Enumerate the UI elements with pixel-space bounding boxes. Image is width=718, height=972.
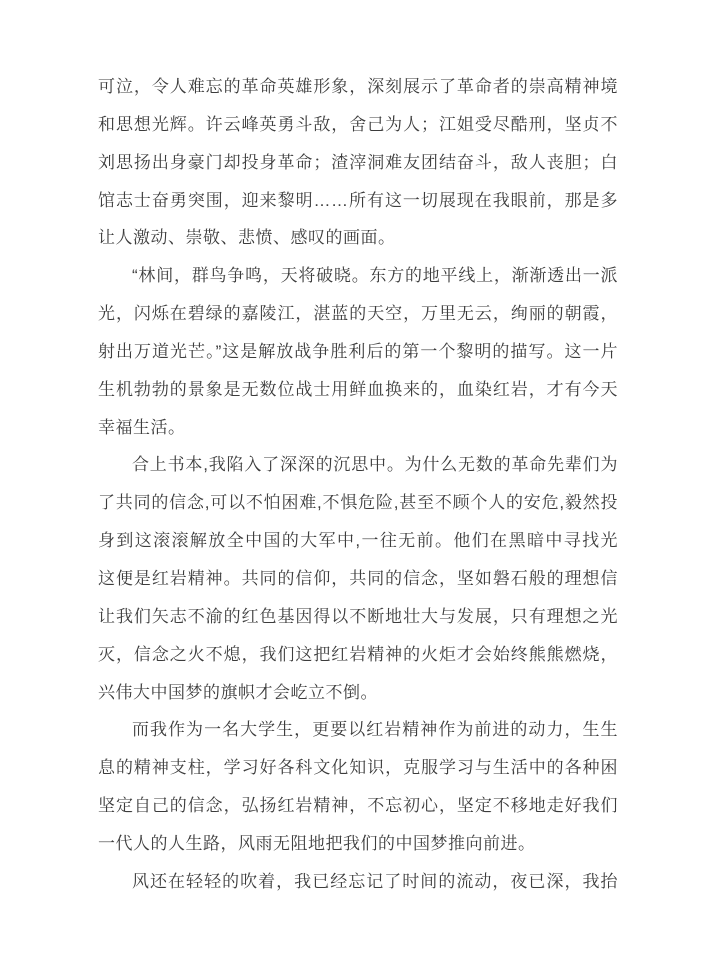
text-line: 生机勃勃的景象是无数位战士用鲜血换来的，血染红岩，才有今天的 bbox=[98, 371, 618, 409]
text-line: 合上书本,我陷入了深深的沉思中。为什么无数的革命先辈们为 bbox=[98, 446, 618, 484]
text-line: 让我们矢志不渝的红色基因得以不断地壮大与发展，只有理想之光不 bbox=[98, 598, 618, 636]
paragraph: 而我作为一名大学生，更要以红岩精神作为前进的动力，生生不息的精神支柱，学习好各科… bbox=[98, 711, 618, 862]
text-line: 让人激动、崇敬、悲愤、感叹的画面。 bbox=[98, 219, 618, 257]
text-line: 刘思扬出身豪门却投身革命；渣滓洞难友团结奋斗，敌人丧胆；白公 bbox=[98, 144, 618, 182]
paragraph: 合上书本,我陷入了深深的沉思中。为什么无数的革命先辈们为了共同的信念,可以不怕困… bbox=[98, 446, 618, 711]
text-line: 风还在轻轻的吹着，我已经忘记了时间的流动，夜已深，我抬头 bbox=[98, 863, 618, 901]
text-line: 光，闪烁在碧绿的嘉陵江，湛蓝的天空，万里无云，绚丽的朝霞，放 bbox=[98, 295, 618, 333]
text-line: 馆志士奋勇突围，迎来黎明……所有这一切展现在我眼前，那是多么 bbox=[98, 182, 618, 220]
text-line: “林间，群鸟争鸣，天将破晓。东方的地平线上，渐渐透出一派红 bbox=[98, 257, 618, 295]
text-line: 兴伟大中国梦的旗帜才会屹立不倒。 bbox=[98, 674, 618, 712]
document-page: 可泣，令人难忘的革命英雄形象，深刻展示了革命者的崇高精神境界和思想光辉。许云峰英… bbox=[0, 0, 718, 972]
text-line: 可泣，令人难忘的革命英雄形象，深刻展示了革命者的崇高精神境界 bbox=[98, 68, 618, 106]
text-line: 灭，信念之火不熄，我们这把红岩精神的火炬才会始终熊熊燃烧，复 bbox=[98, 636, 618, 674]
text-line: 身到这滚滚解放全中国的大军中,一往无前。他们在黑暗中寻找光明， bbox=[98, 522, 618, 560]
paragraph: 风还在轻轻的吹着，我已经忘记了时间的流动，夜已深，我抬头 bbox=[98, 863, 618, 901]
text-line: 一代人的人生路，风雨无阻地把我们的中国梦推向前进。 bbox=[98, 825, 618, 863]
text-line: 和思想光辉。许云峰英勇斗敌，舍己为人；江姐受尽酷刑，坚贞不屈； bbox=[98, 106, 618, 144]
text-line: 这便是红岩精神。共同的信仰，共同的信念，坚如磐石般的理想信念， bbox=[98, 560, 618, 598]
text-line: 而我作为一名大学生，更要以红岩精神作为前进的动力，生生不 bbox=[98, 711, 618, 749]
text-line: 射出万道光芒。”这是解放战争胜利后的第一个黎明的描写。这一片 bbox=[98, 333, 618, 371]
document-body: 可泣，令人难忘的革命英雄形象，深刻展示了革命者的崇高精神境界和思想光辉。许云峰英… bbox=[98, 68, 618, 901]
text-line: 幸福生活。 bbox=[98, 409, 618, 447]
text-line: 息的精神支柱，学习好各科文化知识，克服学习与生活中的各种困难， bbox=[98, 749, 618, 787]
text-line: 坚定自己的信念，弘扬红岩精神，不忘初心，坚定不移地走好我们这 bbox=[98, 787, 618, 825]
text-line: 了共同的信念,可以不怕困难,不惧危险,甚至不顾个人的安危,毅然投 bbox=[98, 484, 618, 522]
paragraph: “林间，群鸟争鸣，天将破晓。东方的地平线上，渐渐透出一派红光，闪烁在碧绿的嘉陵江… bbox=[98, 257, 618, 446]
paragraph: 可泣，令人难忘的革命英雄形象，深刻展示了革命者的崇高精神境界和思想光辉。许云峰英… bbox=[98, 68, 618, 257]
